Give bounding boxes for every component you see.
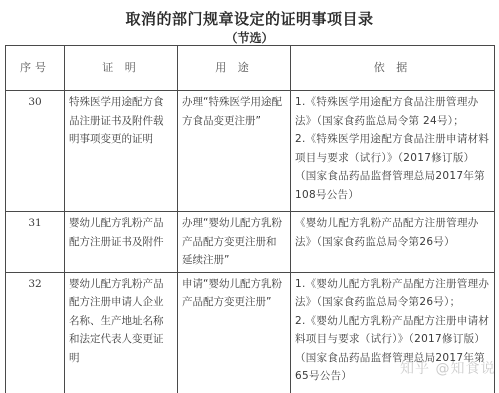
row-number: 30 <box>6 91 65 212</box>
row-basis: 《婴幼儿配方乳粉产品配方注册管理办法》（国家食药监总局令第26号） <box>291 212 495 273</box>
basis-item: 1.《婴幼儿配方乳粉产品配方注册管理办法》（国家食药监总局令第26号）； <box>295 275 490 312</box>
basis-item: 《婴幼儿配方乳粉产品配方注册管理办法》（国家食药监总局令第26号） <box>295 214 490 251</box>
table-row: 31 婴幼儿配方乳粉产品配方注册证书及附件 办理“婴幼儿配方乳粉产品配方变更注册… <box>6 212 495 273</box>
row-number: 31 <box>6 212 65 273</box>
row-certificate: 婴幼儿配方乳粉产品配方注册申请人企业名称、生产地址名称和法定代表人变更证明 <box>65 272 178 393</box>
basis-item: 2.《特殊医学用途配方食品注册申请材料项目与要求（试行）》（2017修订版）（国… <box>295 130 490 204</box>
document-title: 取消的部门规章设定的证明事项目录 <box>0 8 499 29</box>
table-row: 30 特殊医学用途配方食品注册证书及附件载明事项变更的证明 办理“特殊医学用途配… <box>6 91 495 212</box>
row-purpose: 办理“婴幼儿配方乳粉产品配方变更注册和延续注册” <box>178 212 291 273</box>
row-certificate: 婴幼儿配方乳粉产品配方注册证书及附件 <box>65 212 178 273</box>
document-subtitle: （节选） <box>0 29 499 46</box>
watermark: 知乎 @知食说 <box>400 358 495 378</box>
header-basis: 依 据 <box>291 46 495 91</box>
basis-item: 1.《特殊医学用途配方食品注册管理办法》（国家食药监总局令第 24号）； <box>295 93 490 130</box>
row-number: 32 <box>6 272 65 393</box>
header-number: 序号 <box>6 46 65 91</box>
row-purpose: 办理“特殊医学用途配方食品变更注册” <box>178 91 291 212</box>
row-basis: 1.《特殊医学用途配方食品注册管理办法》（国家食药监总局令第 24号）； 2.《… <box>291 91 495 212</box>
header-certificate: 证 明 <box>65 46 178 91</box>
row-purpose: 申请“婴幼儿配方乳粉产品配方变更注册” <box>178 272 291 393</box>
certificate-table: 序号 证 明 用 途 依 据 30 特殊医学用途配方食品注册证书及附件载明事项变… <box>5 45 495 393</box>
table-header-row: 序号 证 明 用 途 依 据 <box>6 46 495 91</box>
row-certificate: 特殊医学用途配方食品注册证书及附件载明事项变更的证明 <box>65 91 178 212</box>
header-purpose: 用 途 <box>178 46 291 91</box>
